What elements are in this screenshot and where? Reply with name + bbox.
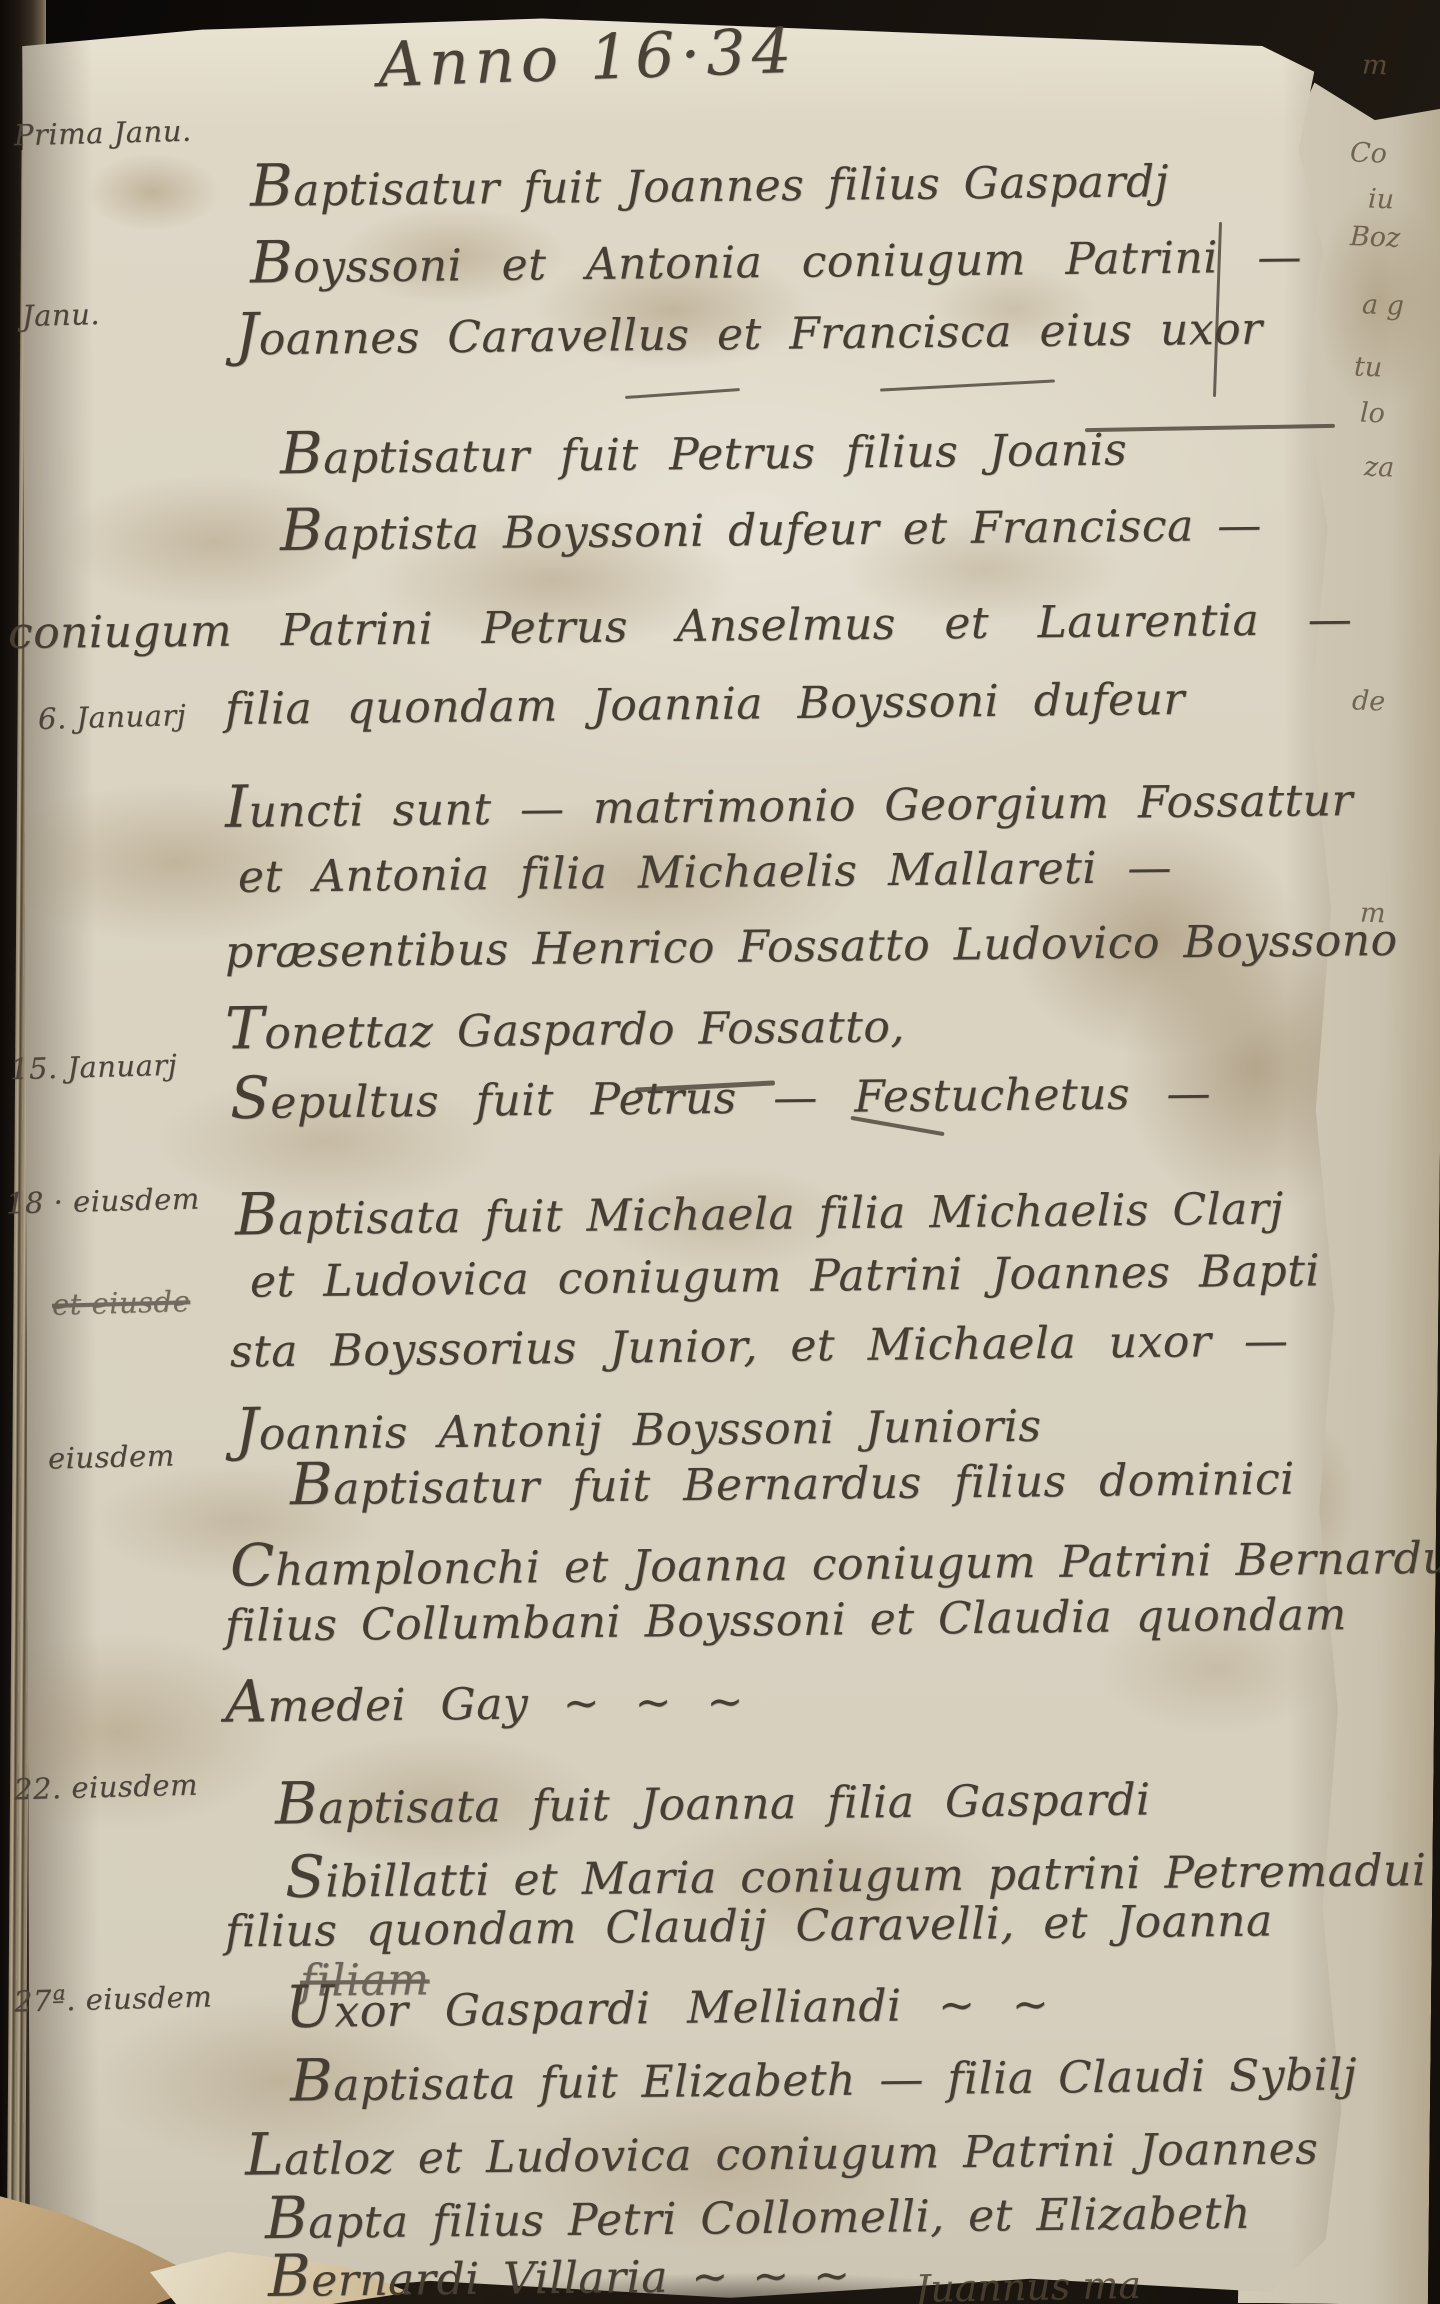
- page-title: Anno 16·34: [377, 17, 798, 100]
- record-line: Sepultus fuit Petrus — Festuchetus —: [230, 1055, 1212, 1132]
- edge-fragment: za: [1364, 453, 1395, 481]
- edge-fragment: tu: [1354, 354, 1383, 382]
- ink-stroke: [625, 388, 740, 399]
- manuscript-photo: { "colors":{"paper":"#dad3c2","ink":"#46…: [0, 0, 1440, 2304]
- edge-fragment: de: [1352, 687, 1386, 715]
- record-line: Iuncti sunt — matrimonio Georgium Fossat…: [225, 762, 1354, 841]
- manuscript-text-layer: Anno 16·34 Prima Janu. Baptisatur fuit J…: [0, 0, 1440, 2304]
- record-line: filius quondam Claudij Caravelli, et Joa…: [225, 1897, 1273, 1959]
- record-line: Bernardi Villaria ~ ~ ~: [268, 2237, 851, 2304]
- record-line: Tonettaz Gaspardo Fossatto,: [225, 988, 905, 1062]
- record-line: Joannes Caravellus et Francisca eius uxo…: [235, 291, 1263, 369]
- bottom-page-fragment: Juannus ma: [915, 2266, 1142, 2304]
- record-line: Baptisata fuit Michaela filia Michaelis …: [235, 1171, 1284, 1249]
- margin-date: 15. Januarj: [10, 1050, 178, 1086]
- margin-date: 18 · eiusdem: [6, 1183, 201, 1220]
- record-line: Baptisata fuit Elizabeth — filia Claudi …: [290, 2036, 1358, 2114]
- record-line: Amedei Gay ~ ~ ~: [225, 1663, 744, 1735]
- record-line: et Ludovica coniugum Patrini Joannes Bap…: [250, 1246, 1320, 1308]
- margin-date: Prima Janu.: [14, 116, 192, 153]
- record-line: Baptista Boyssoni dufeur et Francisca —: [280, 487, 1262, 564]
- record-line: Champlonchi et Joanna coniugum Patrini B…: [230, 1519, 1440, 1599]
- ink-stroke: [880, 379, 1055, 391]
- record-line: præsentibus Henrico Fossatto Ludovico Bo…: [225, 916, 1398, 979]
- edge-fragment: m: [1360, 900, 1387, 928]
- margin-date: 27ª. eiusdem: [14, 1981, 213, 2018]
- edge-fragment: Co: [1350, 139, 1388, 167]
- margin-date: Janu.: [22, 299, 101, 333]
- record-line: Baptisatur fuit Joannes filius Gaspardj: [250, 143, 1169, 219]
- record-line: Baptisata fuit Joanna filia Gaspardi: [275, 1761, 1151, 1837]
- record-line: Uxor Gaspardi Melliandi ~ ~: [285, 1966, 1050, 2041]
- record-line: sta Boyssorius Junior, et Michaela uxor …: [230, 1316, 1289, 1378]
- margin-date: 6. Januarj: [38, 700, 187, 736]
- edge-fragment: a g: [1362, 291, 1405, 319]
- edge-fragment: Boz: [1350, 223, 1401, 252]
- margin-date: 22. eiusdem: [14, 1770, 199, 1807]
- edge-fragment: iu: [1368, 186, 1395, 214]
- margin-struck-note: et eiusde: [52, 1286, 191, 1321]
- record-line: coniugum Patrini Petrus Anselmus et Laur…: [8, 595, 1353, 660]
- edge-fragment: lo: [1360, 400, 1386, 428]
- margin-date: eiusdem: [48, 1440, 176, 1475]
- record-line: filia quondam Joannia Boyssoni dufeur: [225, 675, 1185, 736]
- record-line: Boyssoni et Antonia coniugum Patrini —: [250, 218, 1302, 296]
- record-line: Baptisatur fuit Petrus filius Joanis: [280, 412, 1128, 488]
- record-line: et Antonia filia Michaelis Mallareti —: [238, 843, 1172, 903]
- edge-fragment: m: [1362, 52, 1389, 80]
- record-line: filius Collumbani Boyssoni et Claudia qu…: [225, 1590, 1347, 1652]
- record-line: Baptisatur fuit Bernardus filius dominic…: [290, 1441, 1295, 1518]
